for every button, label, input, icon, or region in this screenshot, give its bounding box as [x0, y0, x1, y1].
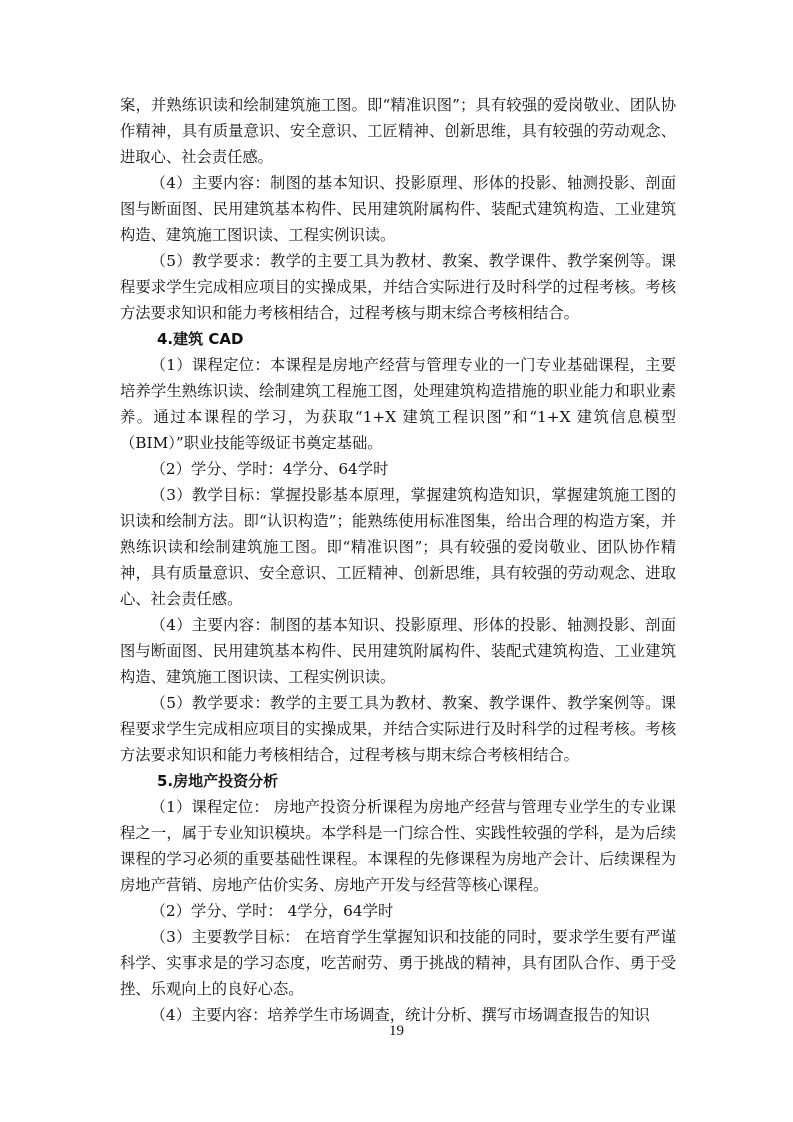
paragraph-course-positioning: （1）课程定位： 房地产投资分析课程为房地产经营与管理专业学生的专业课程之一，属… [120, 794, 676, 898]
page-number: 19 [0, 1023, 793, 1040]
paragraph-course-positioning: （1）课程定位：本课程是房地产经营与管理专业的一门专业基础课程，主要培养学生熟练… [120, 352, 676, 456]
paragraph-teaching-goals-continued: 案，并熟练识读和绘制建筑施工图。即“精准识图”；具有较强的爱岗敬业、团队协作精神… [120, 92, 676, 170]
paragraph-main-content: （4）主要内容：制图的基本知识、投影原理、形体的投影、轴测投影、剖面图与断面图、… [120, 170, 676, 248]
paragraph-main-teaching-goals: （3）主要教学目标： 在培育学生掌握知识和技能的同时，要求学生要有严谨科学、实事… [120, 924, 676, 1002]
paragraph-credits-hours: （2）学分、学时：4学分、64学时 [120, 456, 676, 482]
paragraph-main-content: （4）主要内容：制图的基本知识、投影原理、形体的投影、轴测投影、剖面图与断面图、… [120, 612, 676, 690]
paragraph-teaching-requirements: （5）教学要求：教学的主要工具为教材、教案、教学课件、教学案例等。课程要求学生完… [120, 248, 676, 326]
paragraph-teaching-goals: （3）教学目标：掌握投影基本原理，掌握建筑构造知识，掌握建筑施工图的识读和绘制方… [120, 482, 676, 612]
paragraph-teaching-requirements: （5）教学要求：教学的主要工具为教材、教案、教学课件、教学案例等。课程要求学生完… [120, 690, 676, 768]
section-heading-real-estate-investment-analysis: 5.房地产投资分析 [120, 768, 676, 794]
document-page: 案，并熟练识读和绘制建筑施工图。即“精准识图”；具有较强的爱岗敬业、团队协作精神… [120, 92, 676, 1028]
paragraph-credits-hours: （2）学分、学时： 4学分，64学时 [120, 898, 676, 924]
section-heading-architectural-cad: 4.建筑 CAD [120, 326, 676, 352]
